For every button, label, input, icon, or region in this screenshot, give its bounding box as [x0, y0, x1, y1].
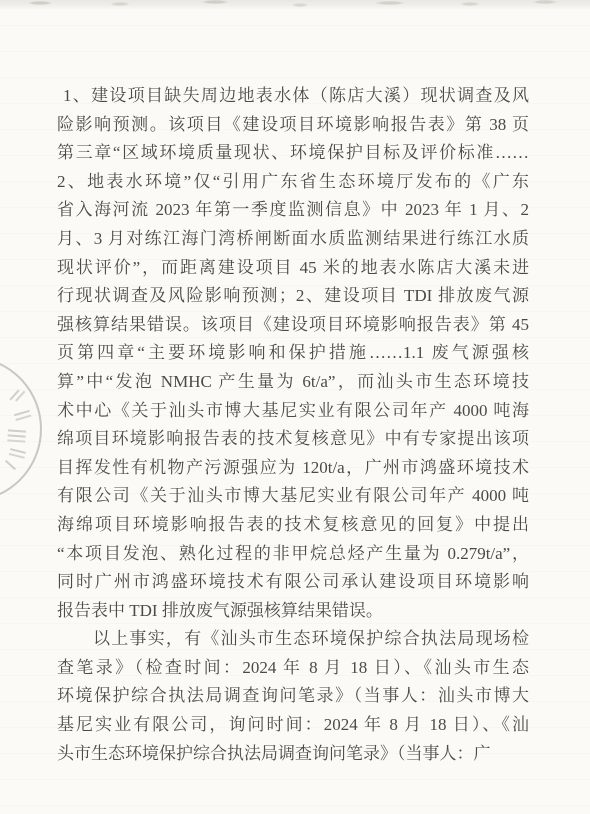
text-line: 环境保护综合执法局调查询问笔录》（当事人：汕头市博大	[57, 682, 529, 711]
seal-glyph-fragment	[5, 460, 16, 470]
seal-glyph-fragment	[14, 410, 30, 416]
text-line: 行现状调查及风险影响预测；2、建设项目 TDI 排放废气源	[57, 282, 529, 311]
text-line: 以上事实，有《汕头市生态环境保护综合执法局现场检	[57, 625, 529, 654]
official-seal-partial	[0, 356, 42, 502]
scan-artifact-band	[0, 0, 590, 9]
text-line: 1、建设项目缺失周边地表水体（陈店大溪）现状调查及风	[57, 82, 529, 111]
text-line: 海绵项目环境影响报告表的技术复核意见的回复》中提出	[57, 511, 529, 540]
text-line: 同时广州市鸿盛环境技术有限公司承认建设项目环境影响	[57, 568, 529, 597]
seal-glyph-fragment	[10, 448, 26, 454]
document-body: 1、建设项目缺失周边地表水体（陈店大溪）现状调查及风 险影响预测。该项目《建设项…	[57, 82, 529, 768]
text-line: 查笔录》（检查时间：2024 年 8 月 18 日）、《汕头市生态	[57, 654, 529, 683]
text-line: 强核算结果错误。该项目《建设项目环境影响报告表》第 45	[57, 311, 529, 340]
text-line: “本项目发泡、熟化过程的非甲烷总烃产生量为 0.279t/a”，	[57, 540, 529, 569]
text-line: 绵项目环境影响报告表的技术复核意见》中有专家提出该项	[57, 425, 529, 454]
text-line: 月、3 月对练江海门湾桥闸断面水质监测结果进行练江水质	[57, 225, 529, 254]
text-line: 术中心《关于汕头市博大基尼实业有限公司年产 4000 吨海	[57, 397, 529, 426]
text-line: 有限公司《关于汕头市博大基尼实业有限公司年产 4000 吨	[57, 482, 529, 511]
text-line: 目挥发性有机物产污源强应为 120t/a，广州市鸿盛环境技术	[57, 454, 529, 483]
text-line: 基尼实业有限公司，询问时间：2024 年 8 月 18 日）、《汕	[57, 711, 529, 740]
text-line: 页第四章“主要环境影响和保护措施……1.1 废气源强核	[57, 339, 529, 368]
text-line: 省入海河流 2023 年第一季度监测信息》中 2023 年 1 月、2	[57, 196, 529, 225]
text-line: 2、地表水环境”仅“引用广东省生态环境厅发布的《广东	[57, 168, 529, 197]
seal-glyph-fragment	[8, 429, 26, 432]
seal-glyph-fragment	[9, 390, 19, 401]
text-line: 算”中“发泡 NMHC 产生量为 6t/a”，而汕头市生态环境技	[57, 368, 529, 397]
text-line: 现状评价”，而距离建设项目 45 米的地表水陈店大溪未进	[57, 254, 529, 283]
text-line: 头市生态环境保护综合执法局调查询问笔录》（当事人：广	[57, 740, 529, 769]
text-line: 险影响预测。该项目《建设项目环境影响报告表》第 38 页	[57, 111, 529, 140]
text-line: 第三章“区域环境质量现状、环境保护目标及评价标准……	[57, 139, 529, 168]
text-line: 报告表中 TDI 排放废气源强核算结果错误。	[57, 597, 529, 626]
